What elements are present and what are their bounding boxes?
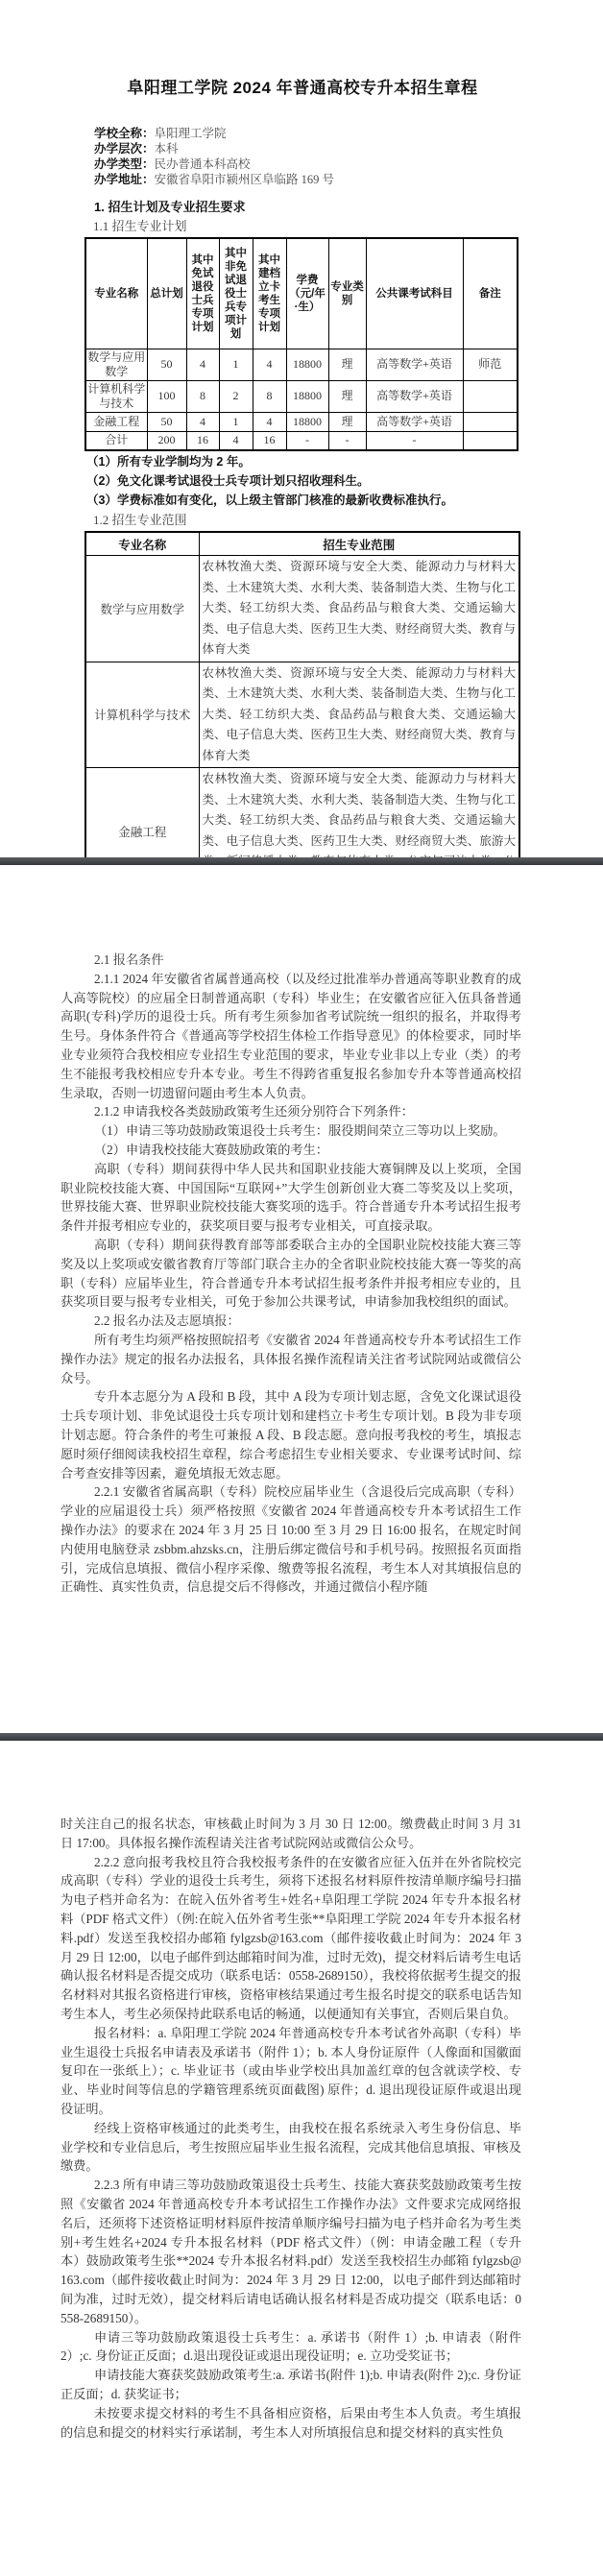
paragraph-skills-award-1: 高职（专科）期间获得中华人民共和国职业技能大赛铜牌及以上奖项，全国职业院校技能大…	[60, 1160, 521, 1236]
paragraph-materials-list: 报名材料：a. 阜阳理工学院 2024 年普通高校专升本考试省外高职（专科）毕业…	[60, 2024, 521, 2119]
meta-value: 民办普通本科高校	[155, 157, 251, 171]
section-1-heading: 1. 招生计划及专业招生要求	[94, 199, 520, 215]
document-title: 阜阳理工学院 2024 年普通高校专升本招生章程	[84, 74, 520, 98]
table-cell: 数学与应用数学	[85, 349, 147, 380]
column-header: 专业名称	[85, 532, 199, 556]
table-cell: 2	[219, 380, 253, 412]
table-cell: 18800	[286, 412, 328, 431]
table-cell: 4	[253, 349, 286, 380]
plan-note-1: （1）所有专业学制均为 2 年。	[86, 454, 520, 470]
paragraph-2-2-2: 2.2.2 意向报考我校且符合我校报考条件的在安徽省应征入伍并在外省院校完成高职…	[60, 1853, 521, 2024]
column-header: 招生专业范围	[199, 532, 519, 556]
table-cell: 合计	[85, 431, 147, 450]
meta-label: 办学地址：	[94, 173, 155, 186]
pdf-document-viewer: 阜阳理工学院 2024 年普通高校专升本招生章程 学校全称：阜阳理工学院 办学层…	[0, 0, 603, 2576]
table-cell	[463, 380, 518, 412]
table-cell: 4	[186, 349, 219, 380]
table-cell: 50	[147, 412, 186, 431]
table-cell: 理	[328, 412, 366, 431]
table-cell: 4	[253, 412, 286, 431]
table-cell: 4	[186, 412, 219, 431]
scope-cell: 农林牧渔大类、资源环境与安全大类、能源动力与材料大类、土木建筑大类、水利大类、装…	[199, 556, 519, 662]
page-2: 2.1 报名条件 2.1.1 2024 年安徽省省属普通高校（以及经过批准举办普…	[0, 865, 603, 1733]
major-name-cell: 金融工程	[85, 768, 199, 858]
section-1-1-heading: 1.1 招生专业计划	[93, 219, 520, 234]
meta-value: 阜阳理工学院	[155, 127, 227, 140]
section-1-2-heading: 1.2 招生专业范围	[93, 513, 520, 528]
table-cell: 计算机科学与技术	[85, 380, 147, 412]
meta-line-level: 办学层次：本科	[94, 141, 520, 156]
meta-value: 安徽省阜阳市颍州区阜临路 169 号	[155, 173, 335, 186]
scope-table-row: 金融工程 农林牧渔大类、资源环境与安全大类、能源动力与材料大类、土木建筑大类、水…	[85, 768, 519, 858]
page-1: 阜阳理工学院 2024 年普通高校专升本招生章程 学校全称：阜阳理工学院 办学层…	[0, 0, 603, 857]
table-cell: -	[328, 431, 366, 450]
plan-note-3: （3）学费标准如有变化，以上级主管部门核准的最新收费标准执行。	[86, 493, 520, 509]
section-2-1-heading: 2.1 报名条件	[60, 951, 521, 970]
paragraph-registration-method: 所有考生均须严格按照皖招考《安徽省 2024 年普通高校专升本考试招生工作操作办…	[60, 1331, 521, 1387]
plan-table-header-row: 专业名称 总计划 其中免试退役士兵专项计划 其中非免试退役士兵专项计划 其中建档…	[85, 238, 518, 349]
meta-line-school-name: 学校全称：阜阳理工学院	[94, 126, 520, 141]
table-cell: 金融工程	[85, 412, 147, 431]
table-cell: 18800	[286, 349, 328, 380]
plan-table-row: 计算机科学与技术 100 8 2 8 18800 理 高等数学+英语	[85, 380, 518, 412]
column-header: 其中建档立卡考生专项计划	[253, 238, 286, 349]
column-header: 专业名称	[85, 238, 147, 349]
column-header: 其中非免试退役士兵专项计划	[219, 238, 253, 349]
meta-label: 办学层次：	[94, 142, 155, 156]
meta-value: 本科	[155, 142, 179, 156]
paragraph-skills-award-2: 高职（专科）期间获得教育部等部委联合主办的全国职业院校技能大赛三等奖及以上奖项或…	[60, 1236, 521, 1312]
table-cell: 师范	[463, 349, 518, 380]
table-cell: 理	[328, 380, 366, 412]
column-header: 备注	[463, 238, 518, 349]
paragraph-2-2-1: 2.2.1 安徽省省属高职（专科）院校应届毕业生（含退役后完成高职（专科）学业的…	[60, 1482, 521, 1597]
table-cell: 高等数学+英语	[366, 349, 463, 380]
paragraph-volunteer-ab: 专升本志愿分为 A 段和 B 段，其中 A 段为专项计划志愿，含免文化课试退役士…	[60, 1387, 521, 1482]
major-scope-table: 专业名称 招生专业范围 数学与应用数学 农林牧渔大类、资源环境与安全大类、能源动…	[84, 531, 520, 857]
meta-label: 学校全称：	[94, 127, 155, 140]
table-cell: -	[366, 431, 463, 450]
meta-label: 办学类型：	[94, 157, 155, 171]
paragraph-disclaimer: 未按要求提交材料的考生不具备相应资格，后果由考生本人负责。考生填报的信息和提交的…	[60, 2404, 521, 2443]
scope-table-header-row: 专业名称 招生专业范围	[85, 532, 519, 556]
meta-line-type: 办学类型：民办普通本科高校	[94, 156, 520, 172]
paragraph-2-2-1-continued: 时关注自己的报名状态，审核截止时间为 3 月 30 日 12:00。缴费截止时间…	[60, 1815, 521, 1853]
admission-plan-table: 专业名称 总计划 其中免试退役士兵专项计划 其中非免试退役士兵专项计划 其中建档…	[84, 237, 519, 451]
table-cell: 16	[253, 431, 286, 450]
page-separator	[0, 1733, 603, 1741]
table-cell: 50	[147, 349, 186, 380]
scope-cell: 农林牧渔大类、资源环境与安全大类、能源动力与材料大类、土木建筑大类、水利大类、装…	[199, 662, 519, 768]
meta-line-address: 办学地址：安徽省阜阳市颍州区阜临路 169 号	[94, 172, 520, 187]
scope-table-row: 数学与应用数学 农林牧渔大类、资源环境与安全大类、能源动力与材料大类、土木建筑大…	[85, 556, 519, 662]
table-cell: 200	[147, 431, 186, 450]
paragraph-online-review: 经线上资格审核通过的此类考生，由我校在报名系统录入考生身份信息、毕业学校和专业信…	[60, 2119, 521, 2176]
table-cell	[463, 412, 518, 431]
column-header: 其中免试退役士兵专项计划	[186, 238, 219, 349]
table-cell: 18800	[286, 380, 328, 412]
table-cell: 8	[253, 380, 286, 412]
plan-table-row: 数学与应用数学 50 4 1 4 18800 理 高等数学+英语 师范	[85, 349, 518, 380]
table-cell: 高等数学+英语	[366, 412, 463, 431]
table-cell: 16	[186, 431, 219, 450]
column-header: 专业类别	[328, 238, 366, 349]
column-header: 学费（元/年·生）	[286, 238, 328, 349]
table-cell: 4	[219, 431, 253, 450]
column-header: 总计划	[147, 238, 186, 349]
table-cell: 理	[328, 349, 366, 380]
section-2-2-heading: 2.2 报名办法及志愿填报：	[60, 1312, 521, 1331]
table-cell: 高等数学+英语	[366, 380, 463, 412]
scope-cell: 农林牧渔大类、资源环境与安全大类、能源动力与材料大类、土木建筑大类、水利大类、装…	[199, 768, 519, 858]
plan-table-total-row: 合计 200 16 4 16 - - -	[85, 431, 518, 450]
table-cell: 1	[219, 349, 253, 380]
paragraph-2-1-1: 2.1.1 2024 年安徽省省属普通高校（以及经过批准举办普通高等职业教育的成…	[60, 970, 521, 1103]
paragraph-skills-materials: 申请技能大赛获奖鼓励政策考生:a. 承诺书(附件 1);b. 申请表(附件 2)…	[60, 2366, 521, 2404]
plan-note-2: （2）免文化课考试退役士兵专项计划只招收理科生。	[86, 473, 520, 490]
paragraph-item-1: （1）申请三等功鼓励政策退役士兵考生：服役期间荣立三等功以上奖励。	[60, 1121, 521, 1141]
table-cell	[463, 431, 518, 450]
major-name-cell: 计算机科学与技术	[85, 662, 199, 768]
paragraph-2-1-2: 2.1.2 申请我校各类鼓励政策考生还须分别符合下列条件：	[60, 1102, 521, 1121]
table-cell: 1	[219, 412, 253, 431]
page-separator	[0, 857, 603, 865]
page-3: 时关注自己的报名状态，审核截止时间为 3 月 30 日 12:00。缴费截止时间…	[0, 1741, 603, 2576]
table-cell: 100	[147, 380, 186, 412]
school-info-block: 学校全称：阜阳理工学院 办学层次：本科 办学类型：民办普通本科高校 办学地址：安…	[94, 126, 520, 187]
plan-table-row: 金融工程 50 4 1 4 18800 理 高等数学+英语	[85, 412, 518, 431]
paragraph-2-2-3: 2.2.3 所有申请三等功鼓励政策退役士兵考生、技能大赛获奖鼓励政策考生按照《安…	[60, 2176, 521, 2327]
scope-table-row: 计算机科学与技术 农林牧渔大类、资源环境与安全大类、能源动力与材料大类、土木建筑…	[85, 662, 519, 768]
paragraph-item-2: （2）申请我校技能大赛鼓励政策的考生：	[60, 1141, 521, 1160]
major-name-cell: 数学与应用数学	[85, 556, 199, 662]
column-header: 公共课考试科目	[366, 238, 463, 349]
paragraph-merit-materials: 申请三等功鼓励政策退役士兵考生：a. 承诺书（附件 1）;b. 申请表（附件 2…	[60, 2328, 521, 2367]
table-cell: -	[286, 431, 328, 450]
table-cell: 8	[186, 380, 219, 412]
